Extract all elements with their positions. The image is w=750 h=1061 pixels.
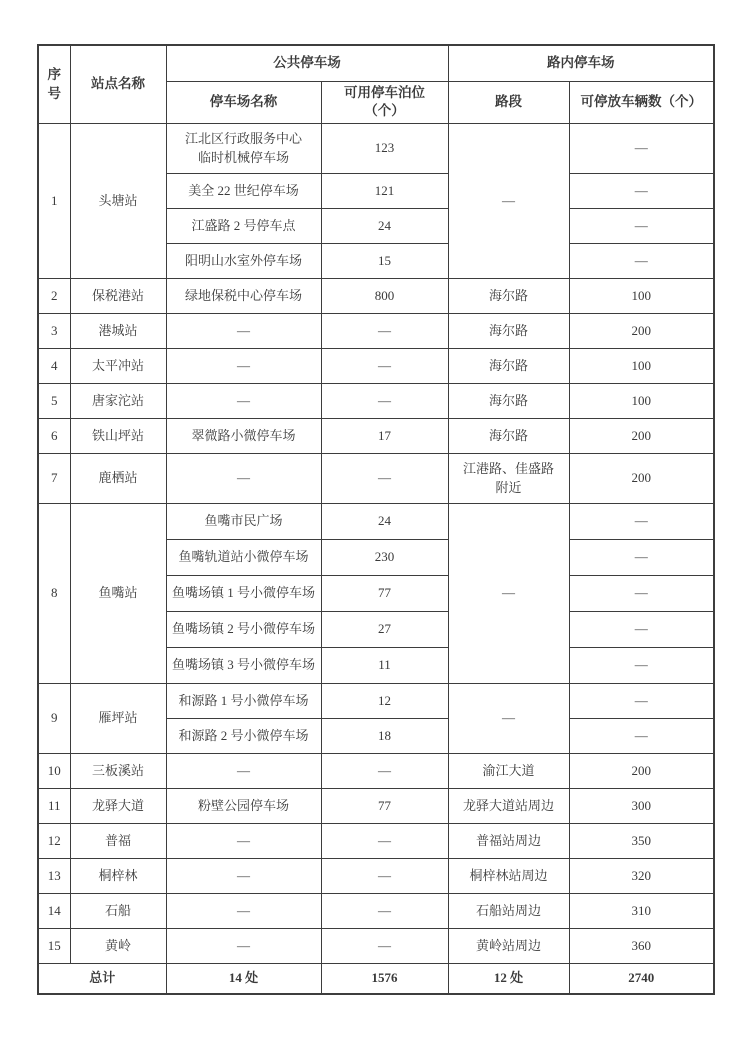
cell-seq: 1 [38,124,70,279]
cell-lot-name: 绿地保税中心停车场 [166,279,321,314]
cell-lot-spaces: — [321,754,448,789]
cell-lot-spaces: 24 [321,504,448,540]
cell-seq: 8 [38,504,70,684]
cell-lot-spaces: 11 [321,648,448,684]
cell-road-capacity: — [569,612,714,648]
cell-station: 鱼嘴站 [70,504,166,684]
cell-station: 雁坪站 [70,684,166,754]
header-lot-spaces: 可用停车泊位 （个） [321,81,448,124]
cell-road: 石船站周边 [448,894,569,929]
cell-lot-name: 和源路 2 号小微停车场 [166,719,321,754]
cell-station: 桐梓林 [70,859,166,894]
cell-lot-spaces: 77 [321,576,448,612]
cell-lot-name: 江北区行政服务中心 临时机械停车场 [166,124,321,174]
cell-lot-name: — [166,754,321,789]
cell-station: 保税港站 [70,279,166,314]
cell-road: 海尔路 [448,384,569,419]
table-row: 6 铁山坪站 翠微路小微停车场 17 海尔路 200 [38,419,714,454]
cell-station: 三板溪站 [70,754,166,789]
cell-road-capacity: — [569,684,714,719]
cell-lot-spaces: — [321,384,448,419]
cell-lot-name: 美全 22 世纪停车场 [166,174,321,209]
cell-road: — [448,504,569,684]
cell-seq: 7 [38,454,70,504]
cell-seq: 12 [38,824,70,859]
cell-road-capacity: 360 [569,929,714,964]
cell-road-capacity: — [569,719,714,754]
cell-lot-name: — [166,384,321,419]
cell-seq: 13 [38,859,70,894]
cell-seq: 3 [38,314,70,349]
cell-station: 黄岭 [70,929,166,964]
table-row: 10 三板溪站 — — 渝江大道 200 [38,754,714,789]
cell-lot-name: 鱼嘴市民广场 [166,504,321,540]
cell-lot-name: — [166,824,321,859]
header-index: 序 号 [38,45,70,124]
cell-road: 江港路、佳盛路 附近 [448,454,569,504]
cell-station: 头塘站 [70,124,166,279]
cell-lot-spaces: — [321,929,448,964]
cell-lot-name: — [166,349,321,384]
cell-station: 石船 [70,894,166,929]
cell-seq: 10 [38,754,70,789]
cell-road: 龙驿大道站周边 [448,789,569,824]
cell-lot-spaces: 18 [321,719,448,754]
cell-road-capacity: — [569,244,714,279]
table-total-row: 总计 14 处 1576 12 处 2740 [38,964,714,994]
cell-lot-name: 鱼嘴场镇 3 号小微停车场 [166,648,321,684]
cell-station: 港城站 [70,314,166,349]
total-label: 总计 [38,964,166,994]
header-group-public: 公共停车场 [166,45,448,81]
header-group-onstreet: 路内停车场 [448,45,714,81]
cell-seq: 9 [38,684,70,754]
page: 序 号 站点名称 公共停车场 路内停车场 停车场名称 可用停车泊位 （个） 路段… [0,0,750,1061]
cell-lot-spaces: 15 [321,244,448,279]
cell-road-capacity: 310 [569,894,714,929]
cell-lot-spaces: — [321,859,448,894]
table-row: 9 雁坪站 和源路 1 号小微停车场 12 — — [38,684,714,719]
total-public-spaces: 1576 [321,964,448,994]
table-row: 12 普福 — — 普福站周边 350 [38,824,714,859]
cell-lot-name: 鱼嘴场镇 2 号小微停车场 [166,612,321,648]
cell-road: — [448,124,569,279]
cell-lot-spaces: — [321,824,448,859]
table-row: 3 港城站 — — 海尔路 200 [38,314,714,349]
cell-road-capacity: 100 [569,349,714,384]
cell-lot-name: — [166,859,321,894]
cell-seq: 11 [38,789,70,824]
cell-station: 普福 [70,824,166,859]
cell-road-capacity: 320 [569,859,714,894]
total-road-capacity: 2740 [569,964,714,994]
cell-road: 渝江大道 [448,754,569,789]
table-row: 1 头塘站 江北区行政服务中心 临时机械停车场 123 — — [38,124,714,174]
cell-lot-name: 翠微路小微停车场 [166,419,321,454]
table-row: 11 龙驿大道 粉壁公园停车场 77 龙驿大道站周边 300 [38,789,714,824]
cell-road-capacity: — [569,504,714,540]
parking-table: 序 号 站点名称 公共停车场 路内停车场 停车场名称 可用停车泊位 （个） 路段… [37,44,715,995]
cell-lot-name: 鱼嘴轨道站小微停车场 [166,540,321,576]
header-station: 站点名称 [70,45,166,124]
cell-lot-name: 阳明山水室外停车场 [166,244,321,279]
cell-road: 海尔路 [448,349,569,384]
cell-seq: 14 [38,894,70,929]
cell-lot-spaces: 121 [321,174,448,209]
cell-lot-name: — [166,454,321,504]
cell-station: 唐家沱站 [70,384,166,419]
cell-lot-name: — [166,314,321,349]
cell-lot-spaces: 230 [321,540,448,576]
cell-road-capacity: — [569,576,714,612]
table-row: 15 黄岭 — — 黄岭站周边 360 [38,929,714,964]
cell-lot-spaces: — [321,314,448,349]
cell-road: — [448,684,569,754]
cell-seq: 6 [38,419,70,454]
cell-lot-spaces: 123 [321,124,448,174]
cell-station: 龙驿大道 [70,789,166,824]
cell-road-capacity: 200 [569,314,714,349]
cell-station: 太平冲站 [70,349,166,384]
cell-road-capacity: 100 [569,279,714,314]
cell-road: 海尔路 [448,279,569,314]
cell-lot-spaces: 77 [321,789,448,824]
cell-road-capacity: 200 [569,419,714,454]
cell-lot-spaces: 24 [321,209,448,244]
cell-road: 黄岭站周边 [448,929,569,964]
cell-seq: 5 [38,384,70,419]
cell-road-capacity: 350 [569,824,714,859]
cell-road-capacity: — [569,174,714,209]
header-lot-name: 停车场名称 [166,81,321,124]
cell-road-capacity: — [569,540,714,576]
cell-road-capacity: 300 [569,789,714,824]
cell-road-capacity: — [569,124,714,174]
cell-lot-spaces: 17 [321,419,448,454]
cell-road-capacity: 200 [569,454,714,504]
cell-lot-spaces: 27 [321,612,448,648]
table-row: 14 石船 — — 石船站周边 310 [38,894,714,929]
total-public-count: 14 处 [166,964,321,994]
cell-road: 普福站周边 [448,824,569,859]
cell-road-capacity: — [569,648,714,684]
table-row: 8 鱼嘴站 鱼嘴市民广场 24 — — [38,504,714,540]
cell-seq: 4 [38,349,70,384]
table-row: 4 太平冲站 — — 海尔路 100 [38,349,714,384]
cell-seq: 15 [38,929,70,964]
cell-lot-name: — [166,929,321,964]
header-road-capacity: 可停放车辆数（个） [569,81,714,124]
cell-lot-name: 江盛路 2 号停车点 [166,209,321,244]
cell-road: 桐梓林站周边 [448,859,569,894]
cell-station: 鹿栖站 [70,454,166,504]
table-row: 5 唐家沱站 — — 海尔路 100 [38,384,714,419]
cell-road-capacity: 200 [569,754,714,789]
cell-lot-name: 和源路 1 号小微停车场 [166,684,321,719]
cell-road-capacity: — [569,209,714,244]
cell-lot-name: 粉壁公园停车场 [166,789,321,824]
cell-lot-spaces: — [321,454,448,504]
cell-road-capacity: 100 [569,384,714,419]
cell-seq: 2 [38,279,70,314]
table-row: 7 鹿栖站 — — 江港路、佳盛路 附近 200 [38,454,714,504]
cell-lot-spaces: — [321,894,448,929]
header-road: 路段 [448,81,569,124]
cell-lot-spaces: 12 [321,684,448,719]
cell-lot-spaces: 800 [321,279,448,314]
cell-lot-name: — [166,894,321,929]
cell-lot-spaces: — [321,349,448,384]
cell-road: 海尔路 [448,314,569,349]
cell-lot-name: 鱼嘴场镇 1 号小微停车场 [166,576,321,612]
table-row: 13 桐梓林 — — 桐梓林站周边 320 [38,859,714,894]
cell-road: 海尔路 [448,419,569,454]
table-row: 2 保税港站 绿地保税中心停车场 800 海尔路 100 [38,279,714,314]
total-road-count: 12 处 [448,964,569,994]
cell-station: 铁山坪站 [70,419,166,454]
